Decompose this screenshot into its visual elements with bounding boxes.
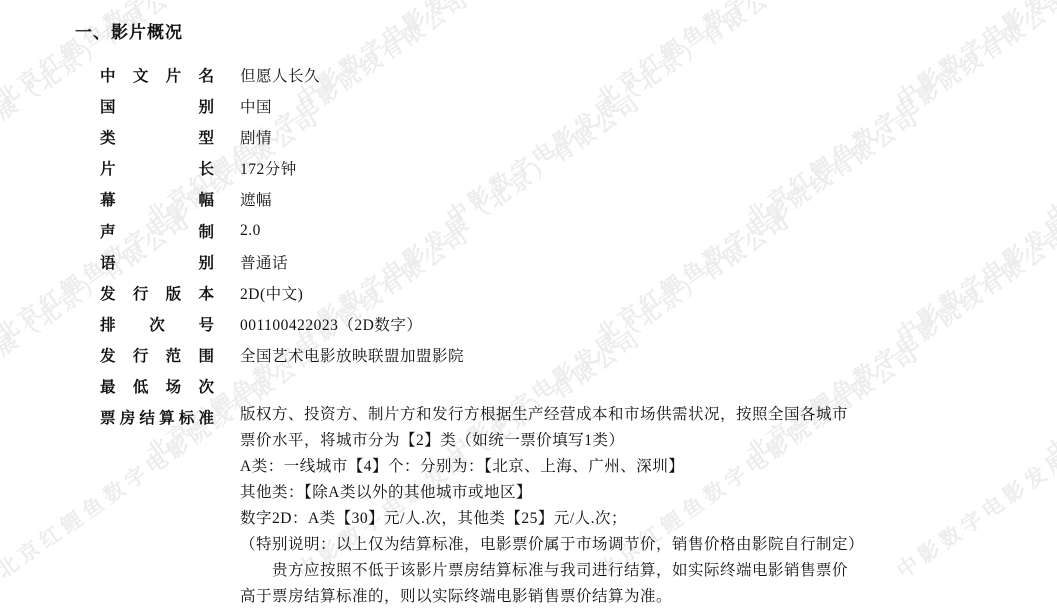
watermark-text: 中影数字电影发展（北京）有限公司 xyxy=(1040,203,1057,466)
field-label: 发行范围 xyxy=(100,344,214,366)
field-label: 票房结算标准 xyxy=(100,406,214,428)
field-label: 最低场次 xyxy=(100,375,214,397)
field-value: 剧情 xyxy=(240,126,272,148)
field-row: 排次号 001100422023（2D数字） xyxy=(100,309,864,340)
field-row: 片长 172分钟 xyxy=(100,153,864,184)
settlement-line: 高于票房结算标准的，则以实际终端电影销售票价结算为准。 xyxy=(240,584,864,608)
field-row: 声制 2.0 xyxy=(100,215,864,246)
field-value: 遮幅 xyxy=(240,188,272,210)
field-label: 发行版本 xyxy=(100,282,214,304)
section-heading: 一、影片概况 xyxy=(75,18,183,43)
field-row: 发行版本 2D(中文) xyxy=(100,277,864,308)
document-page: 中影数字电影发展（北京）有限公司北京红鲤鱼数字电影院线有限公司中影数字电影发展（… xyxy=(0,0,1057,608)
field-row: 最低场次 xyxy=(100,371,864,402)
field-value: 但愿人长久 xyxy=(240,64,320,86)
field-value: 中国 xyxy=(240,95,272,117)
field-value: 版权方、投资方、制片方和发行方根据生产经营成本和市场供需状况，按照全国各城市票价… xyxy=(240,402,864,608)
film-info-table: 中文片名 但愿人长久 国别 中国 类型 剧情 片长 172分钟 幕幅 遮幅 声制… xyxy=(100,59,864,608)
settlement-line: 版权方、投资方、制片方和发行方根据生产经营成本和市场供需状况，按照全国各城市 xyxy=(240,402,864,428)
field-row: 发行范围 全国艺术电影放映联盟加盟影院 xyxy=(100,340,864,371)
field-value: 172分钟 xyxy=(240,157,297,179)
field-row: 语别 普通话 xyxy=(100,246,864,277)
settlement-line: （特别说明：以上仅为结算标准，电影票价属于市场调节价，销售价格由影院自行制定） xyxy=(240,532,864,558)
watermark-text: 中影数字电影发展（北京）有限公司 xyxy=(890,321,1057,584)
settlement-line: A类：一线城市【4】个：分别为：【北京、上海、广州、深圳】 xyxy=(240,454,864,480)
watermark-text: 中影数字电影发展（北京）有限公司 xyxy=(890,85,1057,348)
field-label: 中文片名 xyxy=(100,64,214,86)
field-label: 片长 xyxy=(100,157,214,179)
field-label: 排次号 xyxy=(100,313,214,335)
field-value: 2.0 xyxy=(240,222,261,240)
field-value: 2D(中文) xyxy=(240,282,303,304)
field-row: 幕幅 遮幅 xyxy=(100,184,864,215)
field-value: 全国艺术电影放映联盟加盟影院 xyxy=(240,344,464,366)
field-row: 国别 中国 xyxy=(100,90,864,121)
field-value: 001100422023（2D数字） xyxy=(240,313,422,335)
watermark-text: 中影数字电影发展（北京）有限公司 xyxy=(890,0,1057,113)
watermark-text: 中影数字电影发展（北京）有限公司 xyxy=(1040,0,1057,231)
settlement-line: 其他类：【除A类以外的其他城市或地区】 xyxy=(240,480,864,506)
field-label: 语别 xyxy=(100,251,214,273)
field-row: 中文片名 但愿人长久 xyxy=(100,59,864,90)
field-row: 票房结算标准 版权方、投资方、制片方和发行方根据生产经营成本和市场供需状况，按照… xyxy=(100,402,864,608)
field-row: 类型 剧情 xyxy=(100,121,864,152)
field-label: 幕幅 xyxy=(100,188,214,210)
settlement-line: 数字2D：A类【30】元/人.次，其他类【25】元/人.次； xyxy=(240,506,864,532)
field-label: 声制 xyxy=(100,220,214,242)
settlement-line: 贵方应按照不低于该影片票房结算标准与我司进行结算，如实际终端电影销售票价 xyxy=(240,558,864,584)
field-label: 类型 xyxy=(100,126,214,148)
settlement-line: 票价水平，将城市分为【2】类（如统一票价填写1类） xyxy=(240,428,864,454)
field-value: 普通话 xyxy=(240,251,288,273)
field-label: 国别 xyxy=(100,95,214,117)
